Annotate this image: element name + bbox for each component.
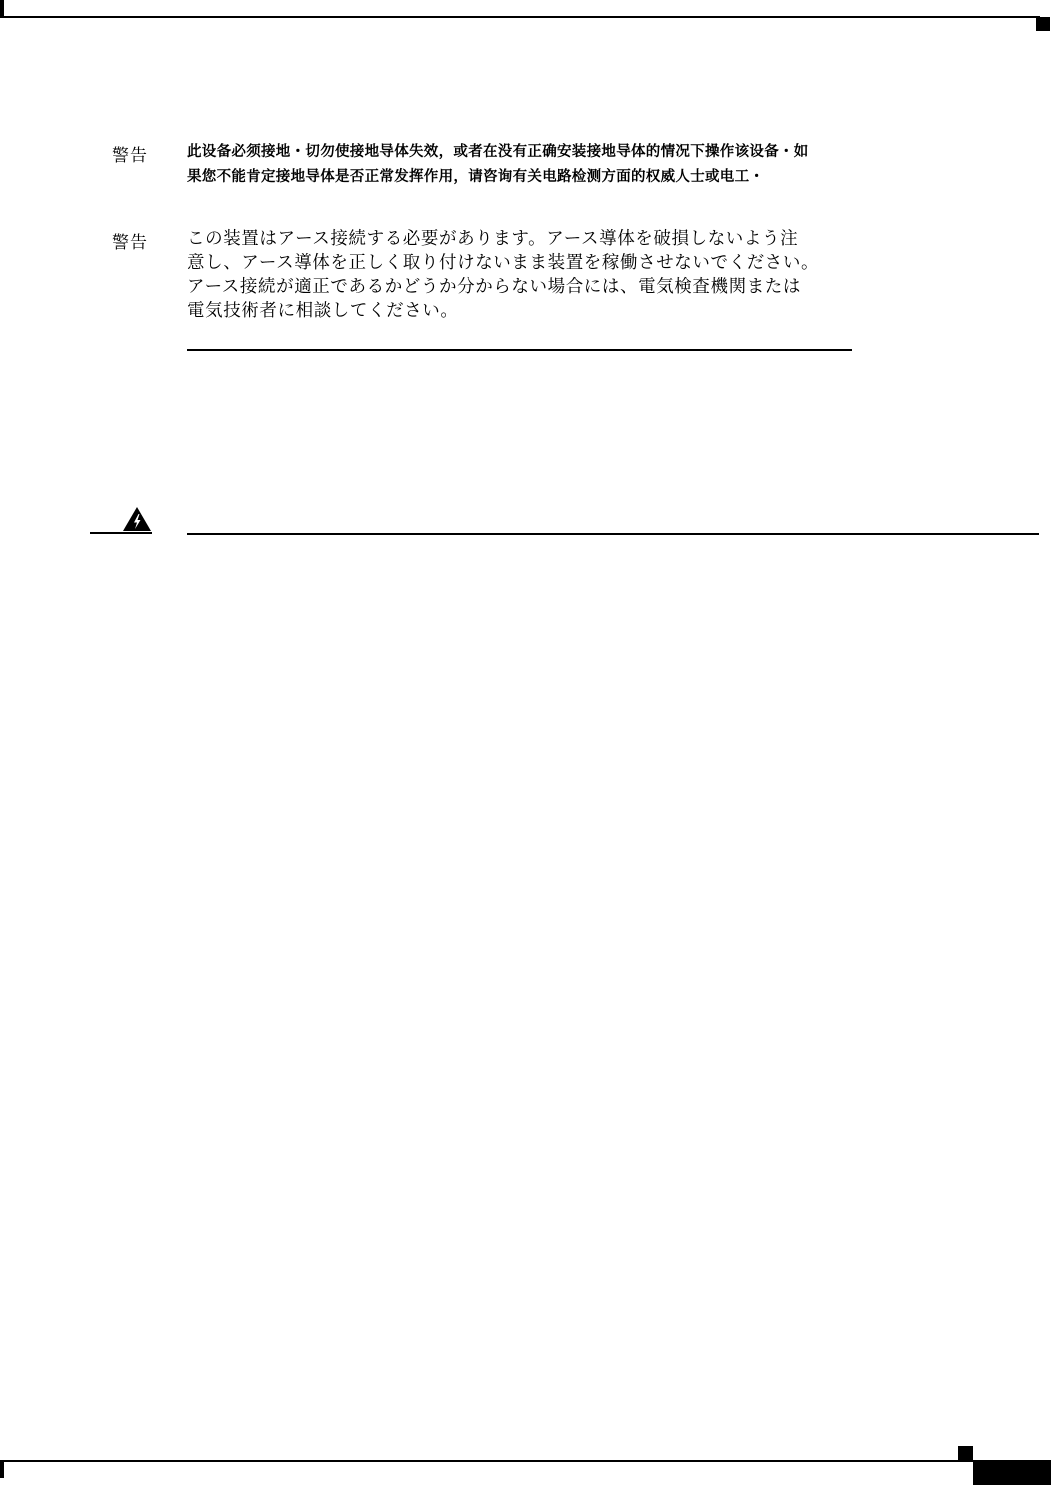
footer-small-mark bbox=[958, 1446, 973, 1461]
warning-text-line: アース接続が適正であるかどうか分からない場合には、電気検査機関または bbox=[187, 275, 855, 299]
warning-icon-rule bbox=[90, 532, 152, 534]
footer-left-mark bbox=[0, 1460, 4, 1478]
warning-text-line: 意し、アース導体を正しく取り付けないまま装置を稼働させないでください。 bbox=[187, 251, 855, 275]
warning-text-ja: この装置はアース接続する必要があります。アース導体を破損しないよう注 意し、アー… bbox=[187, 227, 855, 323]
warning-label-ja: 警告 bbox=[112, 228, 148, 253]
header-left-mark bbox=[0, 0, 4, 17]
warning-text-line: 果您不能肯定接地导体是否正常发挥作用，请咨询有关电路检测方面的权威人士或电工・ bbox=[187, 165, 855, 190]
header-right-mark bbox=[1036, 17, 1050, 31]
warning-text-line: 此设备必须接地・切勿使接地导体失效，或者在没有正确安装接地导体的情况下操作该设备… bbox=[187, 140, 855, 165]
warning-text-zh: 此设备必须接地・切勿使接地导体失效，或者在没有正确安装接地导体的情况下操作该设备… bbox=[187, 140, 855, 190]
page-number-box bbox=[973, 1460, 1051, 1485]
footer-rule bbox=[0, 1460, 973, 1462]
warning-triangle-lightning-icon bbox=[122, 506, 152, 532]
header-rule bbox=[0, 16, 1040, 18]
warning-section-rule bbox=[187, 533, 1039, 535]
warning-label-zh: 警告 bbox=[112, 141, 148, 166]
warning-text-line: この装置はアース接続する必要があります。アース導体を破損しないよう注 bbox=[187, 227, 855, 251]
section-end-rule bbox=[187, 349, 852, 351]
warning-text-line: 電気技術者に相談してください。 bbox=[187, 299, 855, 323]
